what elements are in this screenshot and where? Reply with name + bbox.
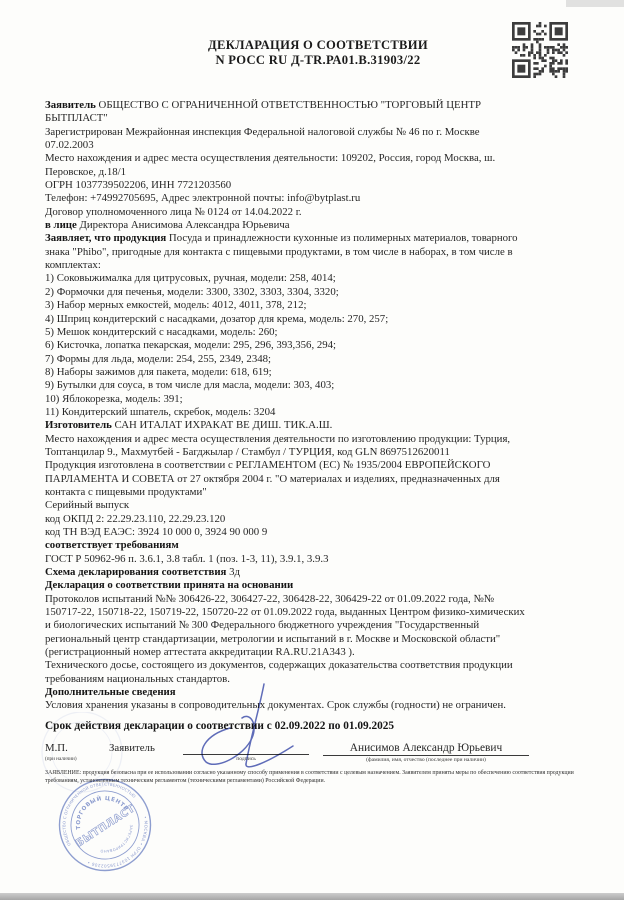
document-title: ДЕКЛАРАЦИЯ О СООТВЕТСТВИИ N РОСС RU Д-TR… [45,38,591,67]
declaration-body: Заявитель ОБЩЕСТВО С ОГРАНИЧЕННОЙ ОТВЕТС… [45,99,591,713]
document-text-line: Заявитель ОБЩЕСТВО С ОГРАНИЧЕННОЙ ОТВЕТС… [45,99,591,112]
document-text-line: Технического досье, состоящего из докуме… [45,659,591,672]
document-text-line: Заявляет, что продукция Посуда и принадл… [45,232,591,245]
document-text-line: код ТН ВЭД ЕАЭС: 3924 10 000 0, 3924 90 … [45,526,591,539]
document-text-line: Протоколов испытаний №№ 306426-22, 30642… [45,593,591,606]
signatory-name-block: Анисимов Александр Юрьевич (фамилия, имя… [323,742,529,764]
document-text-line: 5) Мешок кондитерский с насадками, модел… [45,326,591,339]
document-text-line: 6) Кисточка, лопатка пекарская, модели: … [45,339,591,352]
scan-edge-artifact [566,0,624,7]
document-text-line: (регистрационный номер аттестата аккреди… [45,646,591,659]
document-text-line: 10) Яблокорезка, модель: 391; [45,393,591,406]
document-text-line: комплектах: [45,259,591,272]
document-text-line: Изготовитель САН ИТАЛАТ ИХРАКАТ ВЕ ДИШ. … [45,419,591,432]
signatory-name-caption: (фамилия, имя, отчество (последнее при н… [323,757,529,764]
document-text-line: БЫТПЛАСТ" [45,112,591,125]
signatory-name: Анисимов Александр Юрьевич [323,742,529,756]
document-text-line: 150717-22, 150718-22, 150719-22, 150720-… [45,606,591,619]
document-text-line: ГОСТ Р 50962-96 п. 3.6.1, 3.8 табл. 1 (п… [45,553,591,566]
document-text-line: 7) Формы для льда, модели: 254, 255, 234… [45,353,591,366]
document-text-line: 2) Формочки для печенья, модели: 3300, 3… [45,286,591,299]
company-stamp: ОБЩЕСТВО С ОГРАНИЧЕННОЙ ОТВЕТСТВЕННОСТЬЮ… [22,712,192,897]
scan-edge-bar [0,893,624,900]
document-text-line: 9) Бутылки для соуса, в том числе для ма… [45,379,591,392]
document-text-line: код ОКПД 2: 22.29.23.110, 22.29.23.120 [45,513,591,526]
document-text-line: Зарегистрирован Межрайонная инспекция Фе… [45,126,591,139]
document-text-line: Топтанцилар 9., Махмутбей - Багджылар / … [45,446,591,459]
document-text-line: Место нахождения и адрес места осуществл… [45,433,591,446]
document-text-line: 8) Наборы зажимов для пакета, модели: 61… [45,366,591,379]
document-text-line: 11) Кондитерский шпатель, скребок, модел… [45,406,591,419]
document-text-line: 1) Соковыжималка для цитрусовых, ручная,… [45,272,591,285]
document-text-line: ОГРН 1037739502206, ИНН 7721203560 [45,179,591,192]
document-text-line: Место нахождения и адрес места осуществл… [45,152,591,165]
document-text-line: ПАРЛАМЕНТА И СОВЕТА от 27 октября 2004 г… [45,473,591,486]
document-text-line: Договор уполномоченного лица № 0124 от 1… [45,206,591,219]
title-line-1: ДЕКЛАРАЦИЯ О СООТВЕТСТВИИ [45,38,591,53]
document-text-line: Серийный выпуск [45,499,591,512]
declaration-number: N РОСС RU Д-TR.РА01.В.31903/22 [45,53,591,68]
document-text-line: контакта с пищевыми продуктами" [45,486,591,499]
declaration-document: ДЕКЛАРАЦИЯ О СООТВЕТСТВИИ N РОСС RU Д-TR… [0,0,624,900]
document-text-line: 3) Набор мерных емкостей, модель: 4012, … [45,299,591,312]
document-text-line: 07.02.2003 [45,139,591,152]
document-text-line: 4) Шприц кондитерский с насадками, дозат… [45,313,591,326]
document-text-line: Декларация о соответствии принята на осн… [45,579,591,592]
document-text-line: региональный центр стандартизации, метро… [45,633,591,646]
document-text-line: Телефон: +74992705695, Адрес электронной… [45,192,591,205]
document-text-line: знака "Phibo", пригодные для контакта с … [45,246,591,259]
document-text-line: и биологических испытаний № 300 Федераль… [45,619,591,632]
document-text-line: в лице Директора Анисимова Александра Юр… [45,219,591,232]
document-text-line: Перовское, д.18/1 [45,166,591,179]
document-text-line: Схема декларирования соответствия 3д [45,566,591,579]
document-text-line: Продукция изготовлена в соответствии с Р… [45,459,591,472]
document-text-line: соответствует требованиям [45,539,591,552]
